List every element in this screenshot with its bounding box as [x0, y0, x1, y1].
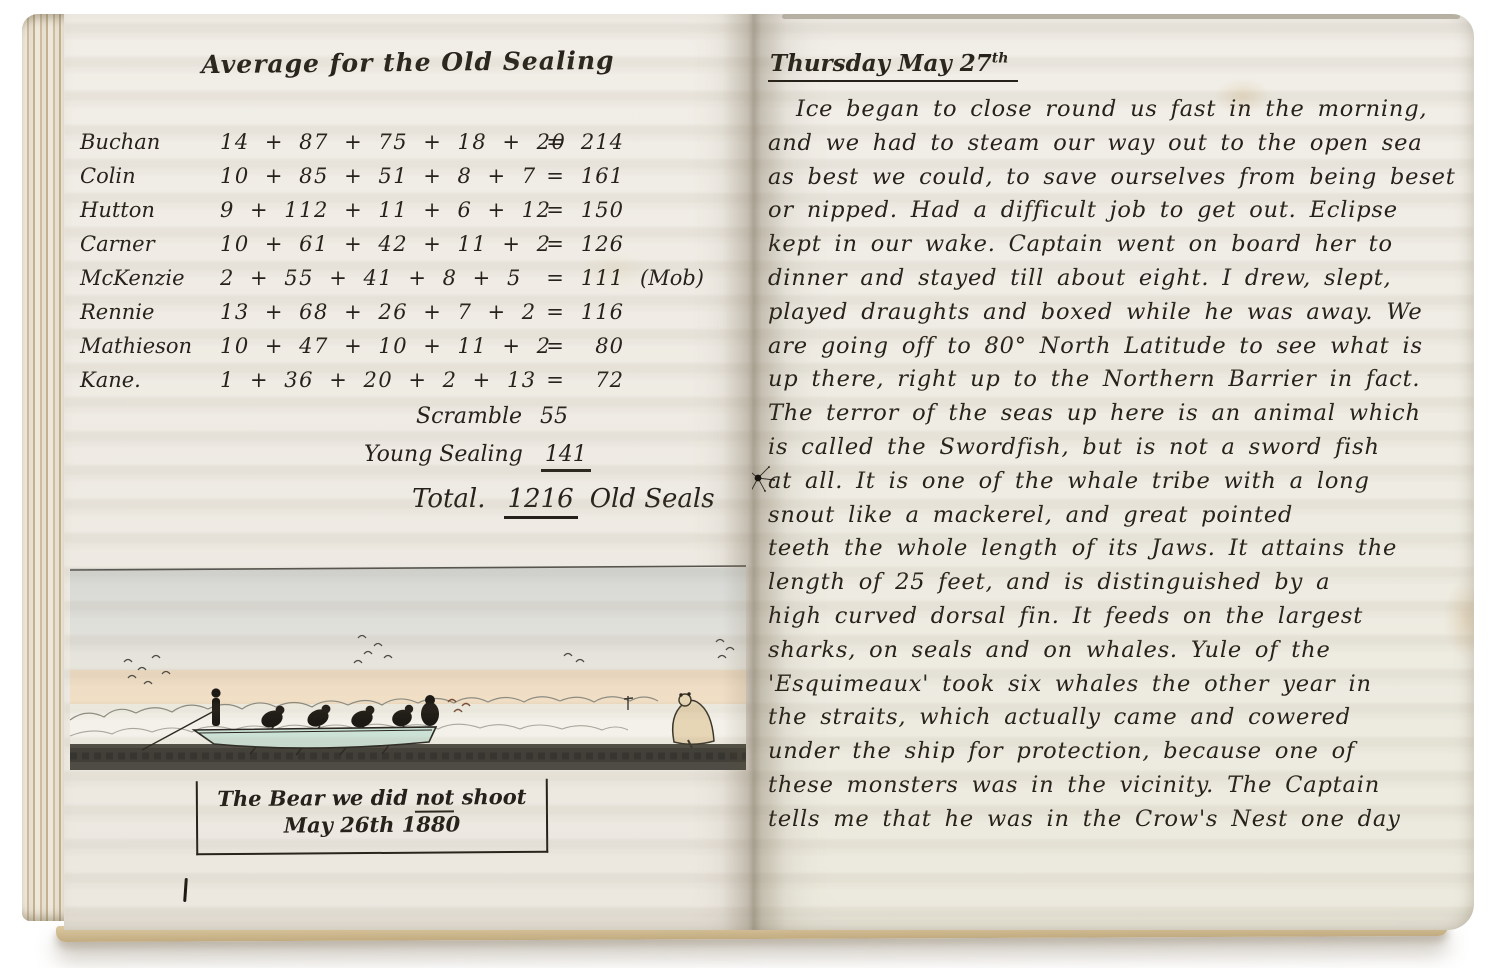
total-label: Total.	[412, 484, 486, 514]
equals-sign: =	[538, 368, 572, 392]
text-line: are going off to 80° North Latitude to s…	[768, 333, 1468, 367]
row-total: 150	[572, 198, 624, 222]
text-line: as best we could, to save ourselves from…	[768, 164, 1468, 198]
young-sealing-label: Young Sealing	[364, 442, 523, 467]
text-line: played draughts and boxed while he was a…	[768, 299, 1468, 333]
count-expression: 10 + 61 + 42 + 11 + 2	[220, 232, 538, 256]
table-row: Kane.1 + 36 + 20 + 2 + 13=72	[80, 368, 738, 402]
left-page: Average for the Old Sealing Buchan14 + 8…	[64, 14, 752, 930]
text-line: teeth the whole length of its Jaws. It a…	[768, 535, 1468, 569]
table-row: McKenzie2 + 55 + 41 + 8 + 5=111(Mob)	[80, 266, 738, 300]
count-expression: 13 + 68 + 26 + 7 + 2	[220, 300, 538, 324]
text-line: up there, right up to the Northern Barri…	[768, 366, 1468, 400]
equals-sign: =	[538, 300, 572, 324]
crew-name: Colin	[80, 164, 220, 188]
count-expression: 1 + 36 + 20 + 2 + 13	[220, 368, 538, 392]
text-line: The terror of the seas up here is an ani…	[768, 400, 1468, 434]
tally-summary: Scramble55 Young Sealing141 Total.1216Ol…	[64, 404, 716, 522]
table-row: Buchan14 + 87 + 75 + 18 + 20=214	[80, 130, 738, 164]
count-expression: 10 + 85 + 51 + 8 + 7	[220, 164, 538, 188]
crew-name: Buchan	[80, 130, 220, 154]
row-total: 126	[572, 232, 624, 256]
total-line: Total.1216Old Seals	[64, 484, 716, 522]
total-suffix: Old Seals	[590, 484, 715, 514]
table-row: Mathieson10 + 47 + 10 + 11 + 2=80	[80, 334, 738, 368]
crew-name: Mathieson	[80, 334, 220, 358]
boat-and-bear-illustration	[68, 562, 748, 774]
row-total: 111	[572, 266, 624, 290]
young-sealing-line: Young Sealing141	[64, 442, 716, 480]
scramble-label: Scramble	[416, 404, 522, 429]
equals-sign: =	[538, 164, 572, 188]
caption-line-1: The Bear we did not shoot	[198, 784, 546, 811]
count-expression: 10 + 47 + 10 + 11 + 2	[220, 334, 538, 358]
table-row: Hutton9 + 112 + 11 + 6 + 12=150	[80, 198, 738, 232]
equals-sign: =	[538, 130, 572, 154]
stray-pen-mark	[183, 878, 188, 902]
count-expression: 9 + 112 + 11 + 6 + 12	[220, 198, 538, 222]
left-page-title: Average for the Old Sealing	[64, 44, 752, 80]
equals-sign: =	[538, 198, 572, 222]
illustration-caption: The Bear we did not shoot May 26th 1880	[196, 779, 549, 855]
row-total: 80	[572, 334, 624, 358]
text-line: kept in our wake. Captain went on board …	[768, 231, 1468, 265]
crew-name: McKenzie	[80, 266, 220, 290]
text-line: Ice began to close round us fast in the …	[768, 96, 1468, 130]
text-line: these monsters was in the vicinity. The …	[768, 772, 1468, 806]
caption-underlined-word: not	[415, 784, 454, 812]
text-line: high curved dorsal fin. It feeds on the …	[768, 603, 1468, 637]
right-page: Thursday May 27th Ice began to close rou…	[752, 14, 1474, 930]
table-row: Carner10 + 61 + 42 + 11 + 2=126	[80, 232, 738, 266]
seal-count-table: Buchan14 + 87 + 75 + 18 + 20=214 Colin10…	[80, 130, 738, 402]
text-line: snout like a mackerel, and great pointed	[768, 502, 1468, 536]
row-note: (Mob)	[640, 266, 704, 290]
equals-sign: =	[538, 266, 572, 290]
text-line: tells me that he was in the Crow's Nest …	[768, 806, 1468, 840]
text-line: at all. It is one of the whale tribe wit…	[768, 468, 1468, 502]
text-line: or nipped. Had a difficult job to get ou…	[768, 197, 1468, 231]
photo-background: Average for the Old Sealing Buchan14 + 8…	[0, 0, 1500, 968]
text-line: and we had to steam our way out to the o…	[768, 130, 1468, 164]
diary-entry-text: Ice began to close round us fast in the …	[768, 96, 1468, 840]
table-row: Rennie13 + 68 + 26 + 7 + 2=116	[80, 300, 738, 334]
row-total: 116	[572, 300, 624, 324]
row-total: 72	[572, 368, 624, 392]
scramble-value: 55	[540, 404, 568, 429]
crew-name: Rennie	[80, 300, 220, 324]
scramble-line: Scramble55	[64, 404, 716, 442]
text-line: under the ship for protection, because o…	[768, 738, 1468, 772]
text-line: is called the Swordfish, but is not a sw…	[768, 434, 1468, 468]
row-total: 161	[572, 164, 624, 188]
crew-name: Carner	[80, 232, 220, 256]
equals-sign: =	[538, 232, 572, 256]
caption-date: May 26th 1880	[198, 811, 546, 838]
text-line: dinner and stayed till about eight. I dr…	[768, 265, 1468, 299]
text-line: the straits, which actually came and cow…	[768, 704, 1468, 738]
ordinal-suffix: th	[992, 50, 1009, 66]
table-row: Colin10 + 85 + 51 + 8 + 7=161	[80, 164, 738, 198]
entry-date-heading: Thursday May 27th	[768, 50, 1018, 82]
young-sealing-value: 141	[541, 442, 591, 472]
crew-name: Kane.	[80, 368, 220, 392]
journal-book: Average for the Old Sealing Buchan14 + 8…	[22, 14, 1474, 930]
equals-sign: =	[538, 334, 572, 358]
page-edges-stack	[22, 14, 64, 921]
text-line: sharks, on seals and on whales. Yule of …	[768, 637, 1468, 671]
row-total: 214	[572, 130, 624, 154]
text-line: 'Esquimeaux' took six whales the other y…	[768, 671, 1468, 705]
count-expression: 2 + 55 + 41 + 8 + 5	[220, 266, 538, 290]
text-line: length of 25 feet, and is distinguished …	[768, 569, 1468, 603]
total-value: 1216	[504, 484, 578, 519]
ink-blot	[752, 462, 778, 500]
crew-name: Hutton	[80, 198, 220, 222]
count-expression: 14 + 87 + 75 + 18 + 20	[220, 130, 538, 154]
